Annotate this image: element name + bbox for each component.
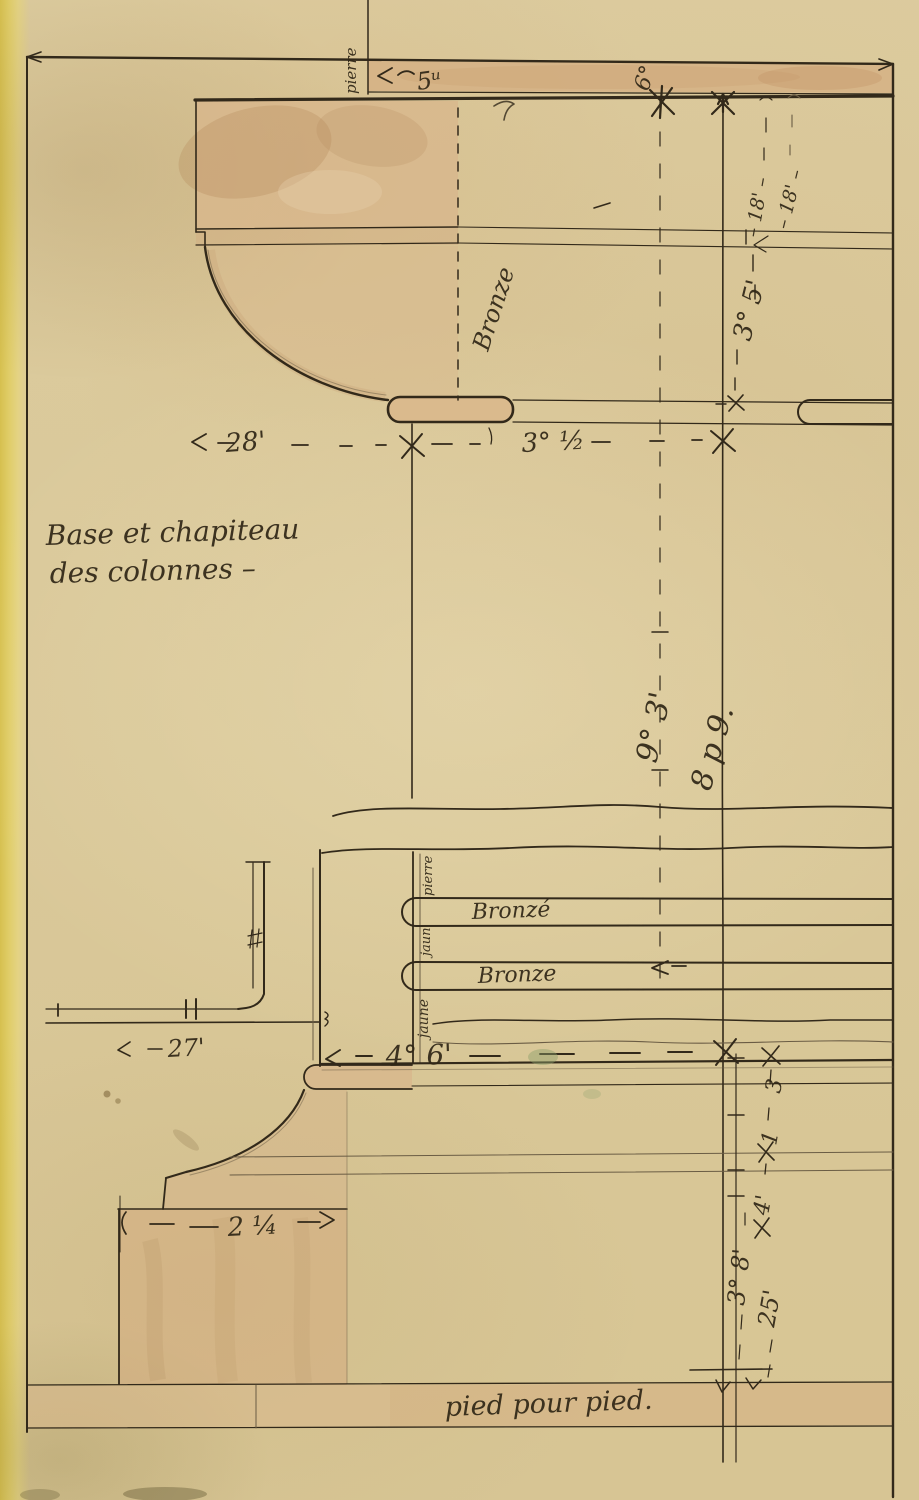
dim27-marks [118, 1042, 162, 1056]
wash-layer [28, 61, 893, 1428]
dim-plinth-2quarter: 2 ¼ [226, 1210, 279, 1243]
top-band-streak [400, 65, 800, 89]
architectural-drawing: Base et chapiteau des colonnes – pied po… [0, 0, 919, 1500]
material-band-a: pierre [421, 855, 436, 896]
material-band-b: jaun [419, 927, 434, 959]
astragal-wash [388, 397, 513, 422]
green-stain2 [583, 1089, 601, 1099]
material-bronze-band2: Bronze [476, 961, 557, 989]
top-band-streak2 [758, 66, 882, 90]
fillet-line-right2 [458, 243, 893, 249]
torus-line-right [412, 1083, 893, 1086]
dim-chain-3: 3 [761, 1077, 788, 1095]
dim-right-25: 25' [752, 1288, 786, 1330]
astragal-right-cap [798, 400, 893, 424]
dim-base-4-6: 4° 6' [384, 1038, 452, 1073]
break-wavy1 [333, 805, 893, 816]
title-line2: des colonnes – [49, 552, 256, 590]
dim-right-3-8: 3° 8' [722, 1247, 756, 1306]
plinth-streak3 [300, 1218, 304, 1383]
bottom-smudge [123, 1487, 207, 1500]
dim-chain-4: 4' [749, 1193, 777, 1218]
material-bronze-band1: Bronzé [470, 897, 551, 925]
dim-cap-28: 28' [223, 426, 266, 459]
material-top-edge: pierre [342, 47, 360, 94]
hatch-mark [248, 929, 262, 948]
conge-line2 [46, 1022, 320, 1023]
dim28-marks [192, 434, 386, 450]
fillet-line-right1 [458, 227, 893, 233]
plinth-streak2 [222, 1218, 228, 1382]
dim-right-18b: – 18' – [772, 167, 808, 231]
dim-base-27: 27' [166, 1033, 206, 1063]
plinth-streak1 [150, 1240, 158, 1380]
break-wavy4 [433, 1041, 893, 1044]
bottom-smudge2 [20, 1489, 60, 1500]
dim-right-18a: – 18' – [741, 175, 773, 238]
dim-cap-3half: 3° ½ [521, 426, 585, 459]
ink-spot1 [104, 1091, 111, 1098]
small-bracket-squiggle [325, 1012, 328, 1026]
small-dash-mark [594, 203, 610, 208]
dim-right-3-5: 3° 5' [728, 277, 772, 344]
tick-under-astragal [489, 428, 492, 444]
short-line-right [690, 1369, 772, 1370]
title-line1: Base et chapiteau [44, 512, 299, 552]
dim-shaft-8p9: 8 p 9. [684, 702, 741, 794]
axis-line-right [722, 99, 723, 1462]
chain-x3 [754, 1218, 770, 1238]
dim-shaft-9-3: 9° 3' [630, 689, 679, 766]
break-wavy2 [322, 846, 893, 853]
abacus-light [278, 170, 382, 214]
drawing-sheet: Base et chapiteau des colonnes – pied po… [0, 0, 919, 1500]
dim-chain-1: 1 [757, 1129, 784, 1147]
ink-spot2 [115, 1098, 121, 1104]
x-mark-735 [728, 395, 744, 411]
frame-right-line [893, 64, 894, 1497]
cove-wash [196, 246, 458, 400]
dim18b-marks [788, 95, 800, 155]
dim-top-small: 5ᵘ [415, 65, 443, 96]
bronze-band2-outline [402, 962, 893, 990]
chain-x1 [762, 1046, 780, 1066]
flourish-mark [494, 101, 514, 120]
material-bronze-capital: Bronze [467, 264, 520, 355]
break-wavy3 [433, 1019, 893, 1024]
x-mark-723 [712, 92, 734, 114]
base-upper-section [46, 850, 893, 1066]
material-band-c: jaune [416, 999, 432, 1041]
smudge1 [170, 1126, 201, 1154]
green-stain1 [528, 1049, 558, 1065]
